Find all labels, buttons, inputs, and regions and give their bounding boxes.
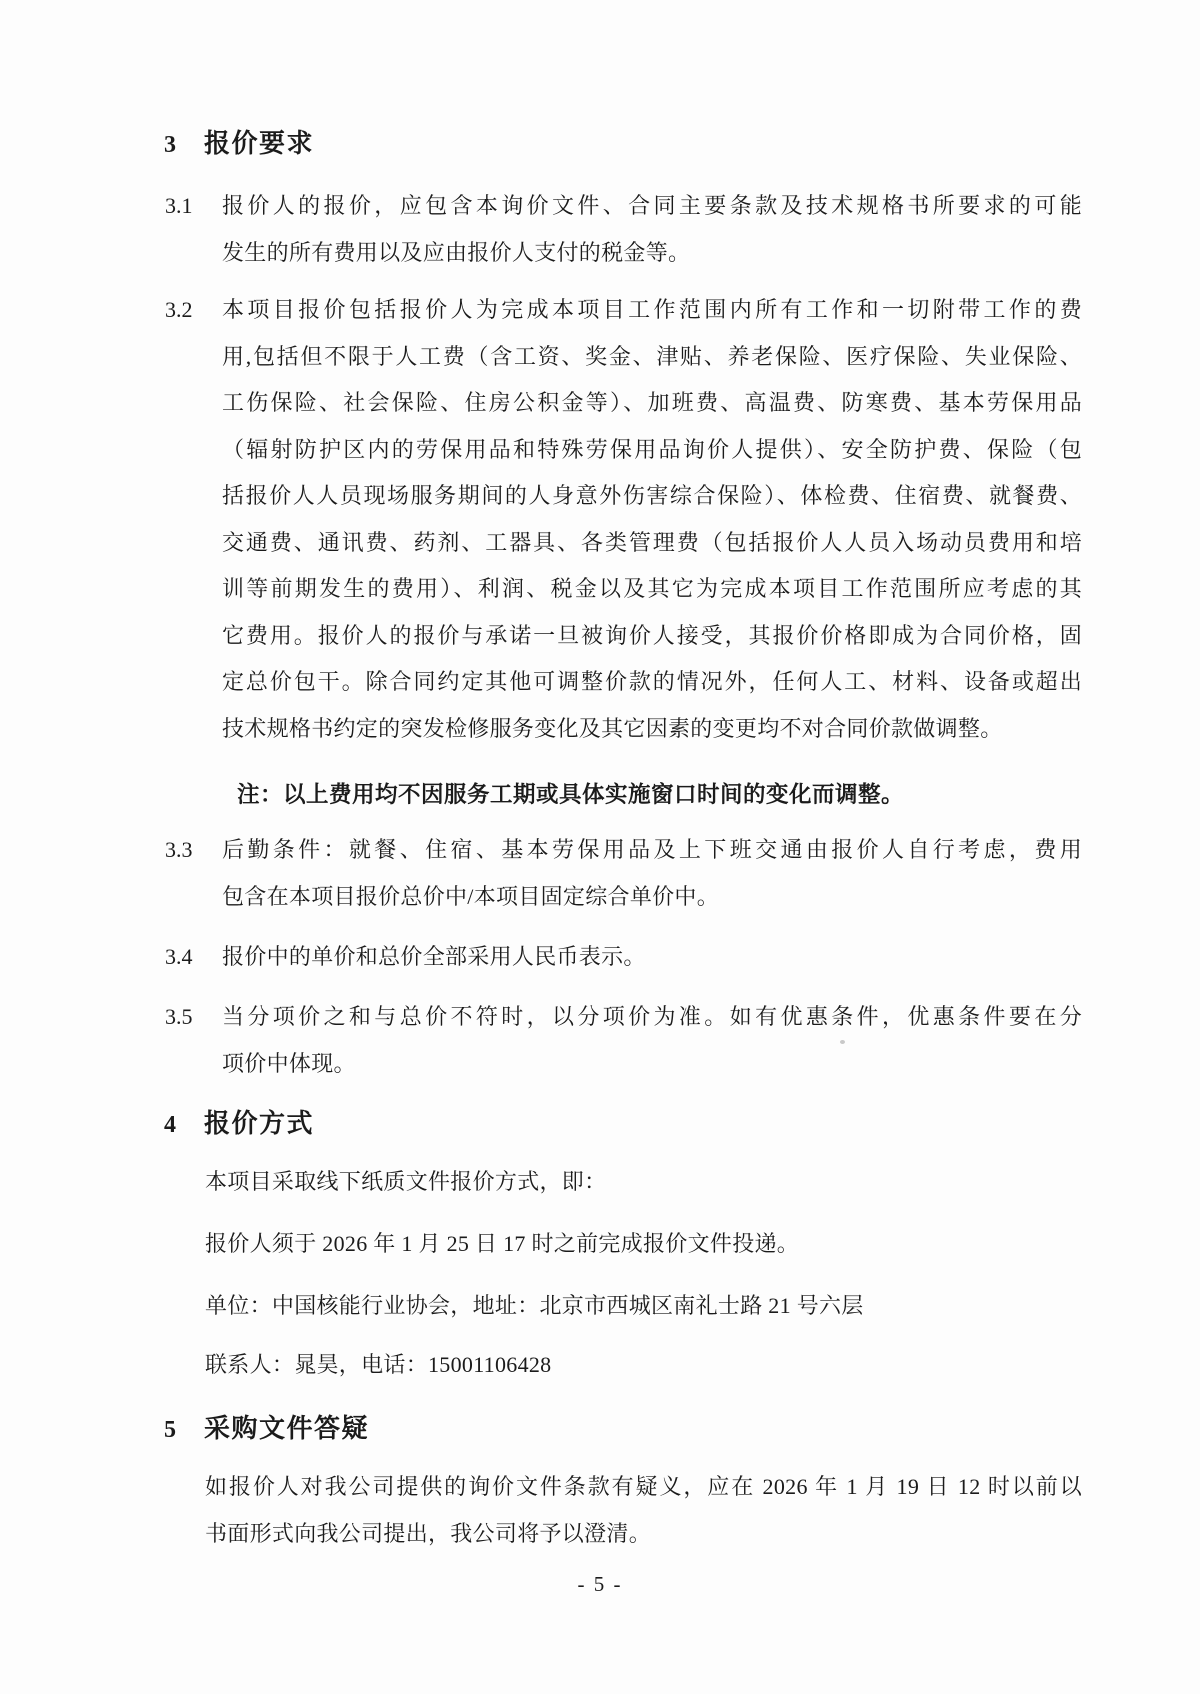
section-number: 4	[164, 1102, 204, 1149]
text-line: 项价中体现。	[222, 1041, 1082, 1088]
text-line: 如报价人对我公司提供的询价文件条款有疑义，应在 2026 年 1 月 19 日 …	[205, 1464, 1082, 1511]
text-line: 用,包括但不限于人工费（含工资、奖金、津贴、养老保险、医疗保险、失业保险、	[222, 334, 1082, 381]
section-number: 3	[164, 122, 204, 169]
section-heading-3: 3报价要求	[164, 120, 314, 169]
section-title: 报价方式	[204, 1109, 314, 1138]
text-line: 后勤条件：就餐、住宿、基本劳保用品及上下班交通由报价人自行考虑，费用	[222, 827, 1082, 874]
item-number: 3.1	[165, 183, 193, 230]
text-line: 括报价人人员现场服务期间的人身意外伤害综合保险）、体检费、住宿费、就餐费、	[222, 473, 1082, 520]
item-number: 3.2	[165, 287, 193, 334]
section-title: 报价要求	[204, 129, 314, 158]
section-number: 5	[164, 1407, 204, 1454]
item-3-3: 3.3后勤条件：就餐、住宿、基本劳保用品及上下班交通由报价人自行考虑，费用包含在…	[222, 827, 1082, 920]
text-line: 它费用。报价人的报价与承诺一旦被询价人接受，其报价价格即成为合同价格，固	[222, 613, 1082, 660]
note-line: 注：以上费用均不因服务工期或具体实施窗口时间的变化而调整。	[237, 772, 1083, 819]
text-line: 交通费、通讯费、药剂、工器具、各类管理费（包括报价人人员入场动员费用和培	[222, 520, 1082, 567]
text-line: 当分项价之和与总价不符时，以分项价为准。如有优惠条件，优惠条件要在分	[222, 994, 1082, 1041]
paragraph-organization-address: 单位：中国核能行业协会，地址：北京市西城区南礼士路 21 号六层	[205, 1283, 1082, 1330]
text-line: 定总价包干。除合同约定其他可调整价款的情况外，任何人工、材料、设备或超出	[222, 659, 1082, 706]
item-3-1: 3.1报价人的报价，应包含本询价文件、合同主要条款及技术规格书所要求的可能发生的…	[222, 183, 1082, 276]
text-line: 报价人的报价，应包含本询价文件、合同主要条款及技术规格书所要求的可能	[222, 183, 1082, 230]
document-page: 3报价要求 3.1报价人的报价，应包含本询价文件、合同主要条款及技术规格书所要求…	[0, 0, 1200, 1694]
page-number: - 5 -	[0, 1568, 1200, 1600]
section-title: 采购文件答疑	[204, 1414, 369, 1443]
text-line: （辐射防护区内的劳保用品和特殊劳保用品询价人提供）、安全防护费、保险（包	[222, 427, 1082, 474]
paragraph-submission-deadline: 报价人须于 2026 年 1 月 25 日 17 时之前完成报价文件投递。	[205, 1221, 1082, 1268]
text-line: 工伤保险、社会保险、住房公积金等）、加班费、高温费、防寒费、基本劳保用品	[222, 380, 1082, 427]
text-line: 技术规格书约定的突发检修服务变化及其它因素的变更均不对合同价款做调整。	[222, 706, 1082, 753]
paragraph-quotation-method: 本项目采取线下纸质文件报价方式，即：	[205, 1159, 1082, 1206]
scan-speck-artifact	[840, 1040, 845, 1044]
item-3-4: 3.4报价中的单价和总价全部采用人民币表示。	[222, 934, 1082, 981]
section-heading-5: 5采购文件答疑	[164, 1405, 369, 1454]
paragraph-contact-phone: 联系人：晁昊，电话：15001106428	[205, 1342, 1082, 1389]
item-number: 3.4	[165, 934, 193, 981]
item-3-5: 3.5当分项价之和与总价不符时，以分项价为准。如有优惠条件，优惠条件要在分项价中…	[222, 994, 1082, 1087]
paragraph-clarification: 如报价人对我公司提供的询价文件条款有疑义，应在 2026 年 1 月 19 日 …	[205, 1464, 1082, 1557]
text-line: 本项目报价包括报价人为完成本项目工作范围内所有工作和一切附带工作的费	[222, 287, 1082, 334]
item-3-2: 3.2本项目报价包括报价人为完成本项目工作范围内所有工作和一切附带工作的费用,包…	[222, 287, 1082, 752]
item-number: 3.5	[165, 994, 193, 1041]
text-line: 包含在本项目报价总价中/本项目固定综合单价中。	[222, 874, 1082, 921]
text-line: 训等前期发生的费用）、利润、税金以及其它为完成本项目工作范围所应考虑的其	[222, 566, 1082, 613]
section-heading-4: 4报价方式	[164, 1100, 314, 1149]
text-line: 报价中的单价和总价全部采用人民币表示。	[222, 934, 1082, 981]
item-number: 3.3	[165, 827, 193, 874]
text-line: 发生的所有费用以及应由报价人支付的税金等。	[222, 230, 1082, 277]
text-line: 书面形式向我公司提出，我公司将予以澄清。	[205, 1511, 1082, 1558]
